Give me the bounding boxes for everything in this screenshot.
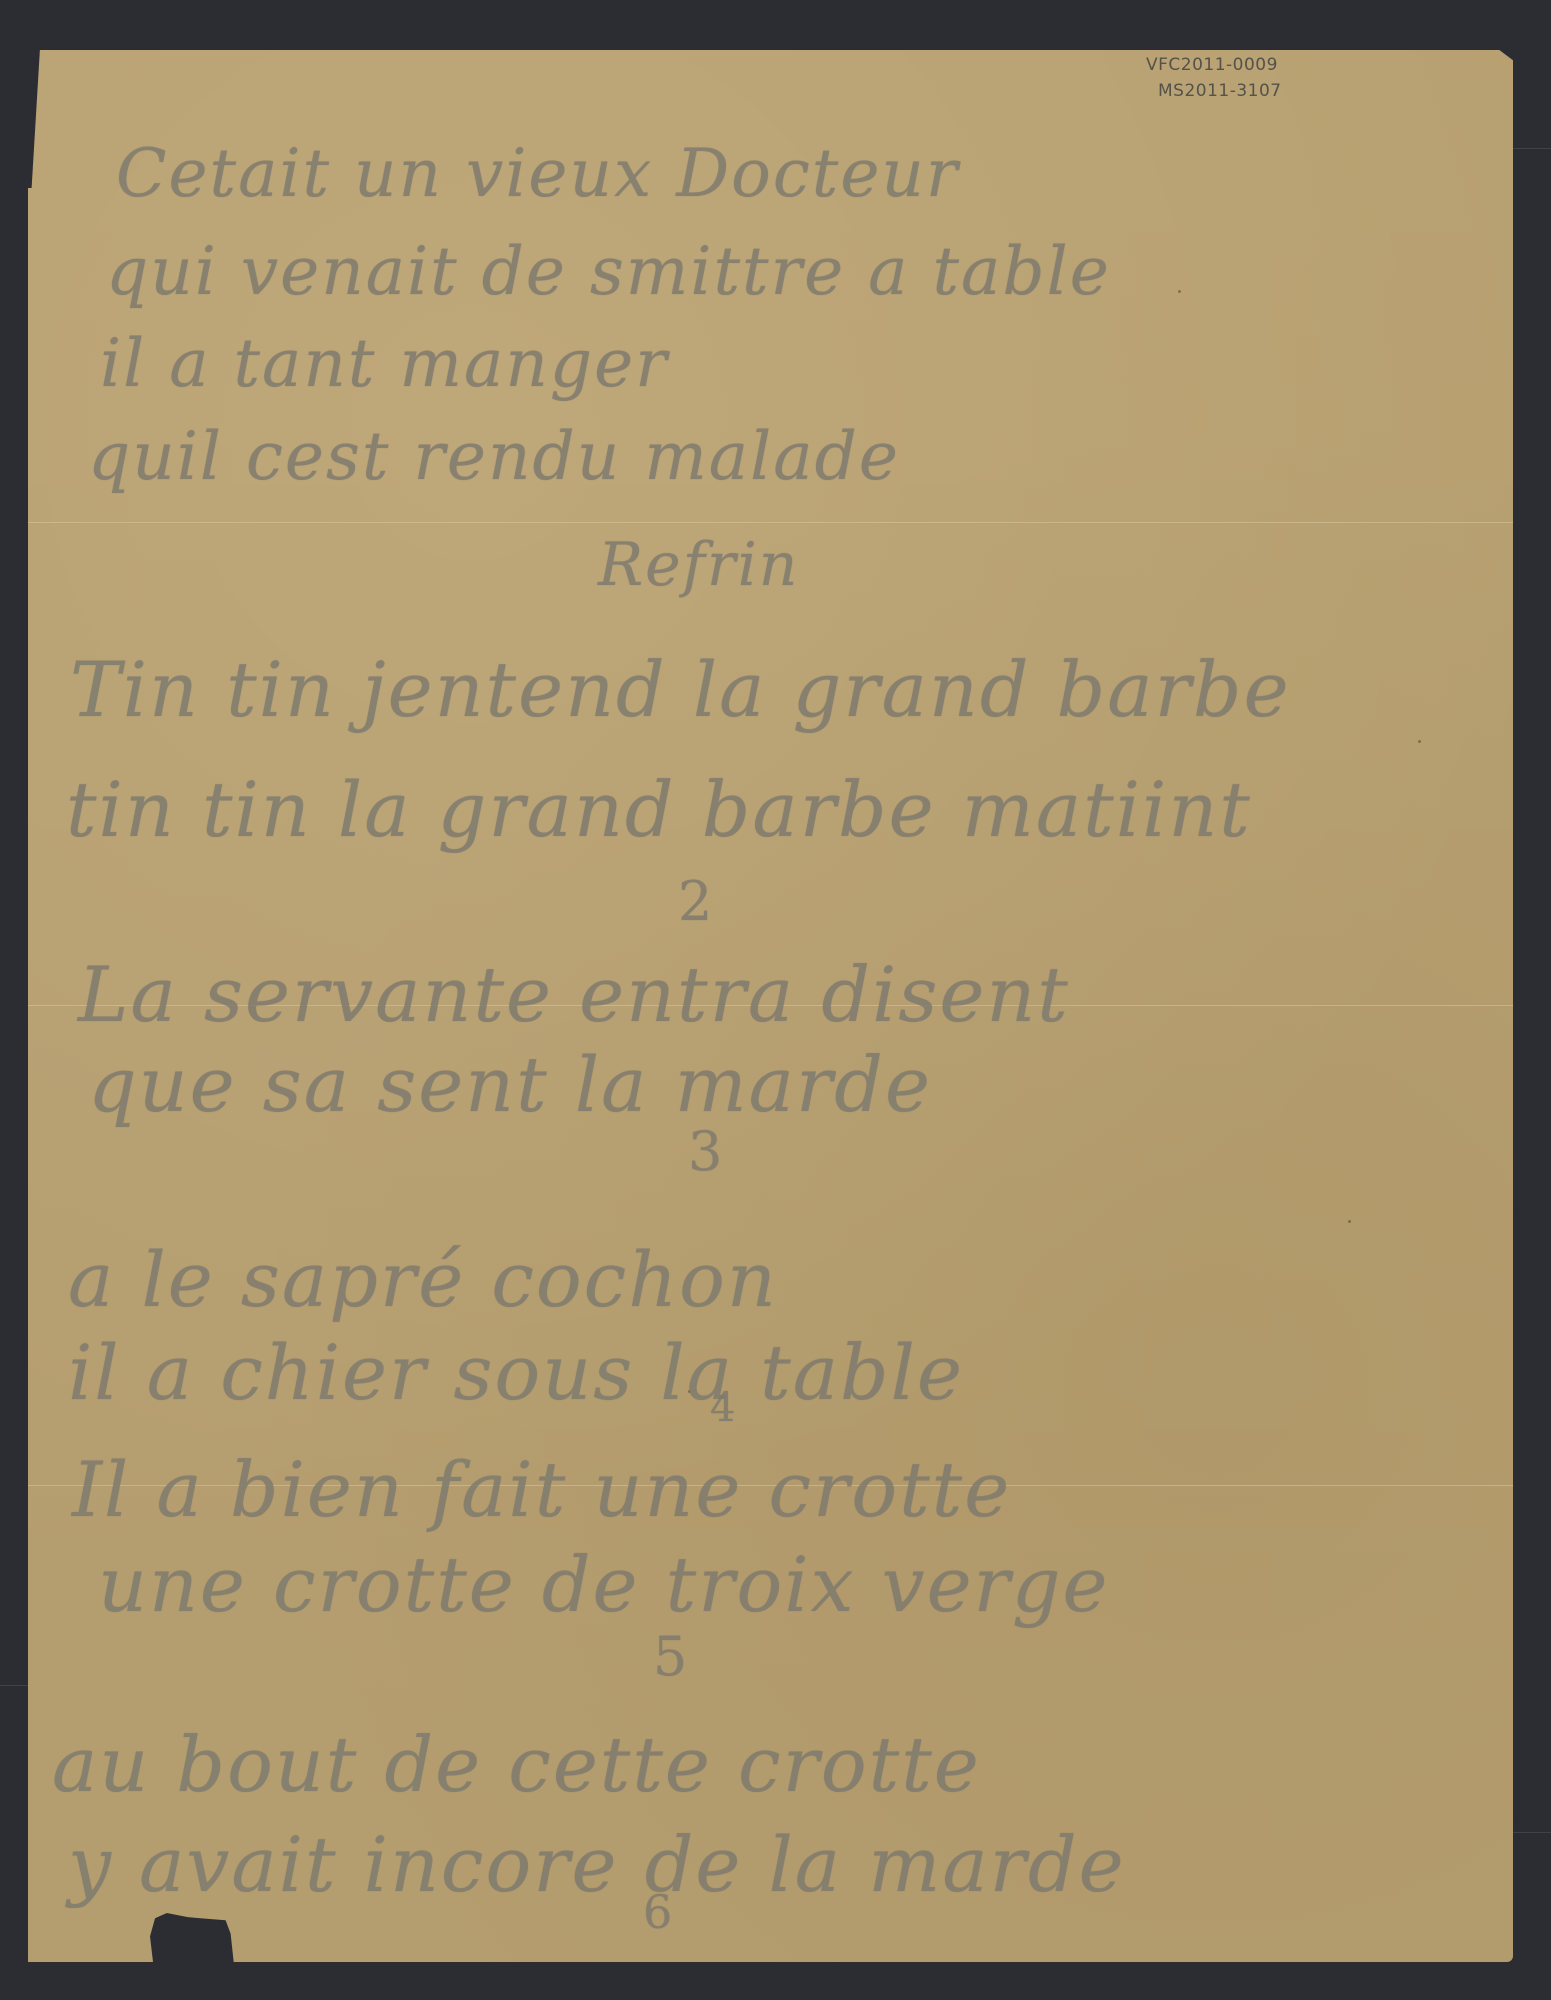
catalog-number-ms: MS2011-3107 bbox=[1146, 78, 1282, 104]
catalog-number-vfc: VFC2011-0009 bbox=[1146, 52, 1282, 78]
verse-2-line-1: La servante entra disent bbox=[78, 950, 1070, 1039]
verse-1-line-2: qui venait de smittre a table bbox=[106, 233, 1111, 310]
verse-number-5: 5 bbox=[653, 1625, 689, 1688]
clipped-corner bbox=[1498, 49, 1514, 61]
paper-speck bbox=[1348, 1220, 1351, 1223]
refrain-line-1: Tin tin jentend la grand barbe bbox=[70, 645, 1291, 734]
refrain-line-2: tin tin la grand barbe matiint bbox=[66, 765, 1252, 854]
verse-3-line-1: a le sapré cochon bbox=[68, 1235, 778, 1324]
verse-1-line-4: quil cest rendu malade bbox=[88, 418, 900, 495]
refrain-heading: Refrin bbox=[598, 530, 799, 600]
verse-1-line-3: il a tant manger bbox=[100, 325, 669, 402]
backing-board-line bbox=[1513, 148, 1551, 149]
verse-2-line-2: que sa sent la marde bbox=[88, 1040, 932, 1129]
verse-4-line-2: une crotte de troix verge bbox=[98, 1540, 1110, 1629]
verse-number-2: 2 bbox=[678, 870, 714, 933]
manuscript-page: VFC2011-0009 MS2011-3107 Cetait un vieux… bbox=[28, 50, 1513, 1962]
backing-board-line bbox=[0, 1685, 28, 1686]
catalog-annotation: VFC2011-0009 MS2011-3107 bbox=[1146, 52, 1282, 104]
scan-canvas: VFC2011-0009 MS2011-3107 Cetait un vieux… bbox=[0, 0, 1551, 2000]
verse-1-line-1: Cetait un vieux Docteur bbox=[116, 135, 959, 212]
verse-number-3: 3 bbox=[688, 1120, 724, 1183]
torn-hole bbox=[150, 1913, 234, 1965]
verse-5-line-2: y avait incore de la marde bbox=[68, 1820, 1126, 1909]
fold-line bbox=[28, 522, 1513, 524]
verse-3-line-2: il a chier sous la table bbox=[68, 1328, 964, 1417]
backing-board-line bbox=[1513, 1832, 1551, 1833]
verse-5-line-1: au bout de cette crotte bbox=[52, 1720, 981, 1809]
verse-number-4: 4 bbox=[710, 1385, 737, 1431]
paper-speck bbox=[1418, 740, 1421, 743]
verse-4-line-1: Il a bien fait une crotte bbox=[72, 1445, 1011, 1534]
verse-number-6: 6 bbox=[643, 1885, 674, 1939]
torn-edge bbox=[26, 48, 40, 188]
paper-speck bbox=[1178, 290, 1181, 293]
